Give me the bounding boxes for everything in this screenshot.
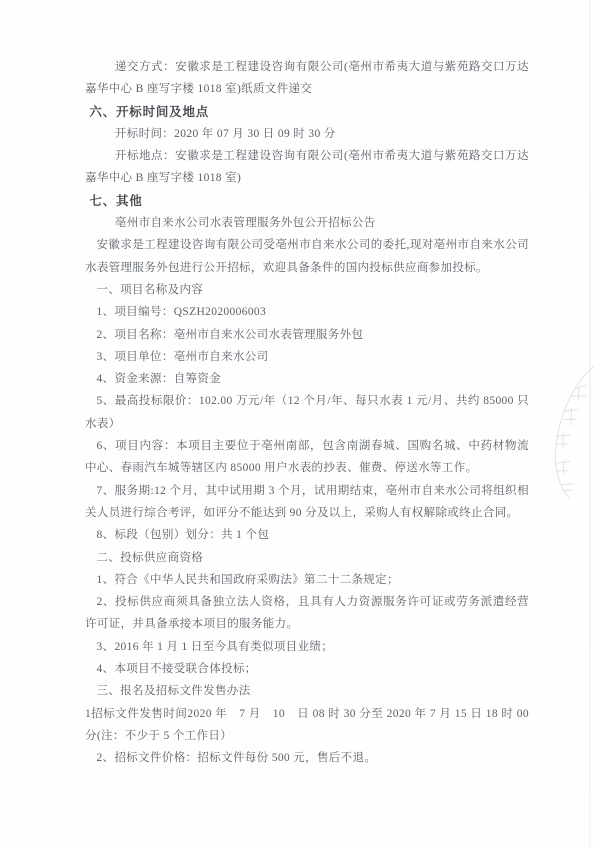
doc-line: 5、最高投标限价：102.00 万元/年（12 个月/年、每只水表 1 元/月、…	[85, 390, 529, 435]
doc-line: 一、项目名称及内容	[85, 279, 529, 301]
doc-line: 二、投标供应商资格	[85, 547, 529, 569]
scanned-document-page: 递交方式：安徽求是工程建设咨询有限公司(亳州市希夷大道与紫苑路交口万达嘉华中心 …	[0, 0, 600, 848]
doc-line: 4、本项目不接受联合体投标；	[85, 658, 529, 680]
doc-line: 开标时间：2020 年 07 月 30 日 09 时 30 分	[85, 123, 529, 145]
doc-line: 3、项目单位：亳州市自来水公司	[85, 346, 529, 368]
doc-line: 递交方式：安徽求是工程建设咨询有限公司(亳州市希夷大道与紫苑路交口万达嘉华中心 …	[85, 56, 529, 101]
scan-edge-shadow	[589, 0, 591, 848]
doc-line: 2、投标供应商须具备独立法人资格，且具有人力资源服务许可证或劳务派遣经营许可证，…	[85, 591, 529, 636]
doc-line: 1、符合《中华人民共和国政府采购法》第二十二条规定；	[85, 569, 529, 591]
doc-line: 3、2016 年 1 月 1 日至今具有类似项目业绩；	[85, 636, 529, 658]
document-body: 递交方式：安徽求是工程建设咨询有限公司(亳州市希夷大道与紫苑路交口万达嘉华中心 …	[85, 56, 529, 770]
doc-line: 8、标段（包别）划分：共 1 个包	[85, 524, 529, 546]
faint-handwriting-stamp	[540, 355, 600, 505]
doc-line: 安徽求是工程建设咨询有限公司受亳州市自来水公司的委托,现对亳州市自来水公司水表管…	[85, 234, 529, 279]
doc-line: 2、项目名称：亳州市自来水公司水表管理服务外包	[85, 324, 529, 346]
doc-line: 4、资金来源：自筹资金	[85, 368, 529, 390]
doc-line: 6、项目内容：本项目主要位于亳州南部，包含南湖春城、国购名城、中药材物流中心、春…	[85, 435, 529, 480]
doc-line: 7、服务期:12 个月，其中试用期 3 个月，试用期结束，亳州市自来水公司将组织…	[85, 480, 529, 525]
doc-line: 三、报名及招标文件发售办法	[85, 680, 529, 702]
doc-line: 1招标文件发售时间2020 年 7 月 10 日 08 时 30 分至 2020…	[85, 703, 529, 748]
doc-line: 1、项目编号：QSZH2020006003	[85, 301, 529, 323]
section-heading: 七、其他	[85, 190, 529, 212]
section-heading: 六、开标时间及地点	[85, 101, 529, 123]
doc-line: 亳州市自来水公司水表管理服务外包公开招标公告	[85, 212, 529, 234]
doc-line: 开标地点：安徽求是工程建设咨询有限公司(亳州市希夷大道与紫苑路交口万达嘉华中心 …	[85, 145, 529, 190]
doc-line: 2、招标文件价格：招标文件每份 500 元，售后不退。	[85, 747, 529, 769]
